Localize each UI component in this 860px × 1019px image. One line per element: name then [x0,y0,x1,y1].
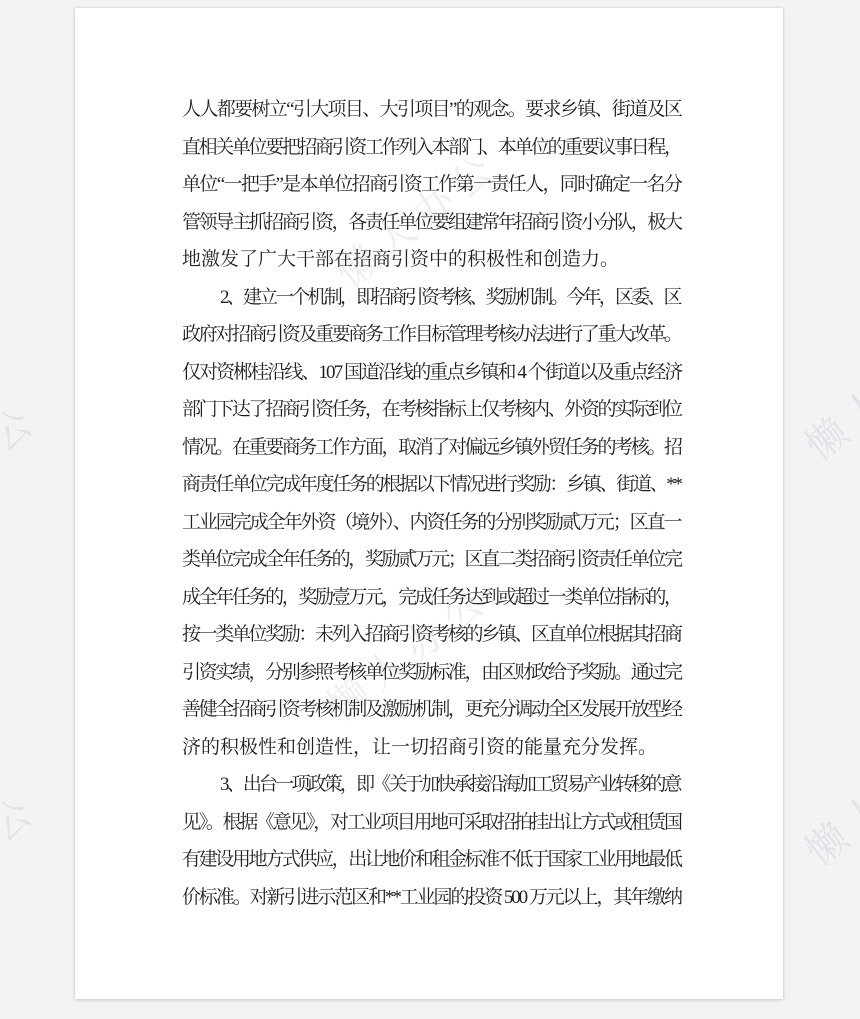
text-line: 商责任单位完成年度任务的根据以下情况进行奖励：乡镇、街道、** [182,466,683,504]
text-line: 地激发了广大干部在招商引资中的积极性和创造力。 [182,241,683,279]
text-line: 人人都要树立“引大项目、大引项目”的观念。要求乡镇、街道及区 [182,91,683,129]
watermark-text: 懒人办公 [0,778,48,941]
text-line: 2、建立一个机制，即招商引资考核、奖励机制。今年，区委、区 [182,279,683,317]
document-page: 人人都要树立“引大项目、大引项目”的观念。要求乡镇、街道及区直相关单位要把招商引… [75,8,783,999]
watermark-text: 懒人办公 [792,308,860,471]
text-line: 3、出台一项政策，即《关于加快承接沿海加工贸易产业转移的意 [182,766,683,804]
watermark-text: 懒人办公 [792,713,860,876]
text-line: 见》。根据《意见》，对工业项目用地可采取招拍挂出让方式或租赁国 [182,804,683,842]
text-line: 工业园完成全年外资（境外）、内资任务的分别奖励贰万元；区直一 [182,504,683,542]
paragraph: 2、建立一个机制，即招商引资考核、奖励机制。今年，区委、区政府对招商引资及重要商… [182,279,683,767]
text-line: 按一类单位奖励：未列入招商引资考核的乡镇、区直单位根据其招商 [182,616,683,654]
text-line: 济的积极性和创造性，让一切招商引资的能量充分发挥。 [182,729,683,767]
text-line: 管领导主抓招商引资，各责任单位要组建常年招商引资小分队，极大 [182,204,683,242]
text-line: 单位“一把手”是本单位招商引资工作第一责任人，同时确定一名分 [182,166,683,204]
text-line: 部门下达了招商引资任务，在考核指标上仅考核内、外资的实际到位 [182,391,683,429]
paragraph: 人人都要树立“引大项目、大引项目”的观念。要求乡镇、街道及区直相关单位要把招商引… [182,91,683,279]
text-line: 有建设用地方式供应，出让地价和租金标准不低于国家工业用地最低 [182,841,683,879]
text-line: 直相关单位要把招商引资工作列入本部门、本单位的重要议事日程， [182,129,683,167]
text-line: 政府对招商引资及重要商务工作目标管理考核办法进行了重大改革。 [182,316,683,354]
text-line: 价标准。对新引进示范区和**工业园的投资 500 万元以上，其年缴纳 [182,879,683,917]
text-line: 仅对资郴桂沿线、107 国道沿线的重点乡镇和 4 个街道以及重点经济 [182,354,683,392]
text-line: 善健全招商引资考核机制及激励机制，更充分调动全区发展开放型经 [182,691,683,729]
watermark-text: 懒人办公 [0,388,48,551]
text-line: 情况。在重要商务工作方面，取消了对偏远乡镇外贸任务的考核。招 [182,429,683,467]
paragraph: 3、出台一项政策，即《关于加快承接沿海加工贸易产业转移的意见》。根据《意见》，对… [182,766,683,916]
document-body[interactable]: 人人都要树立“引大项目、大引项目”的观念。要求乡镇、街道及区直相关单位要把招商引… [182,91,683,916]
text-line: 类单位完成全年任务的，奖励贰万元；区直二类招商引资责任单位完 [182,541,683,579]
text-line: 成全年任务的，奖励壹万元，完成任务达到或超过一类单位指标的， [182,579,683,617]
text-line: 引资实绩，分别参照考核单位奖励标准，由区财政给予奖励。通过完 [182,654,683,692]
